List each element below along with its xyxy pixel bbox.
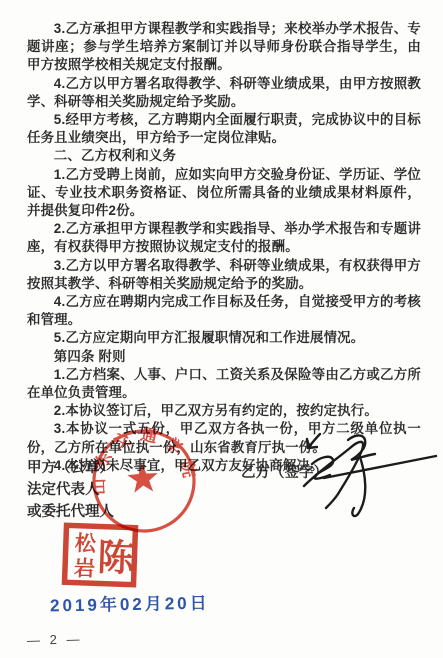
handwritten-date: 2019年02月20日 [50,589,210,617]
signature-stroke [352,454,365,516]
name-seal: 陈 松 岩 [61,522,139,589]
party-b-signature [296,424,443,528]
signature-stroke [324,456,436,478]
star-icon [127,462,159,493]
name-seal-given2: 岩 [74,555,96,581]
signature-arrow-stroke [307,434,320,448]
name-seal-surname: 陈 [97,535,137,580]
signature-area: 甲方（公章） 法定代表人 或委托代理人 乙方（签字） 山东交通学院 陈 松 岩 [0,0,443,658]
page-number: — 2 — [27,631,83,647]
scanned-contract-page: 3.乙方承担甲方课程教学和实践指导；来校举办学术报告、专题讲座；参与学生培养方案… [0,0,443,658]
name-seal-given1: 松 [74,530,97,556]
